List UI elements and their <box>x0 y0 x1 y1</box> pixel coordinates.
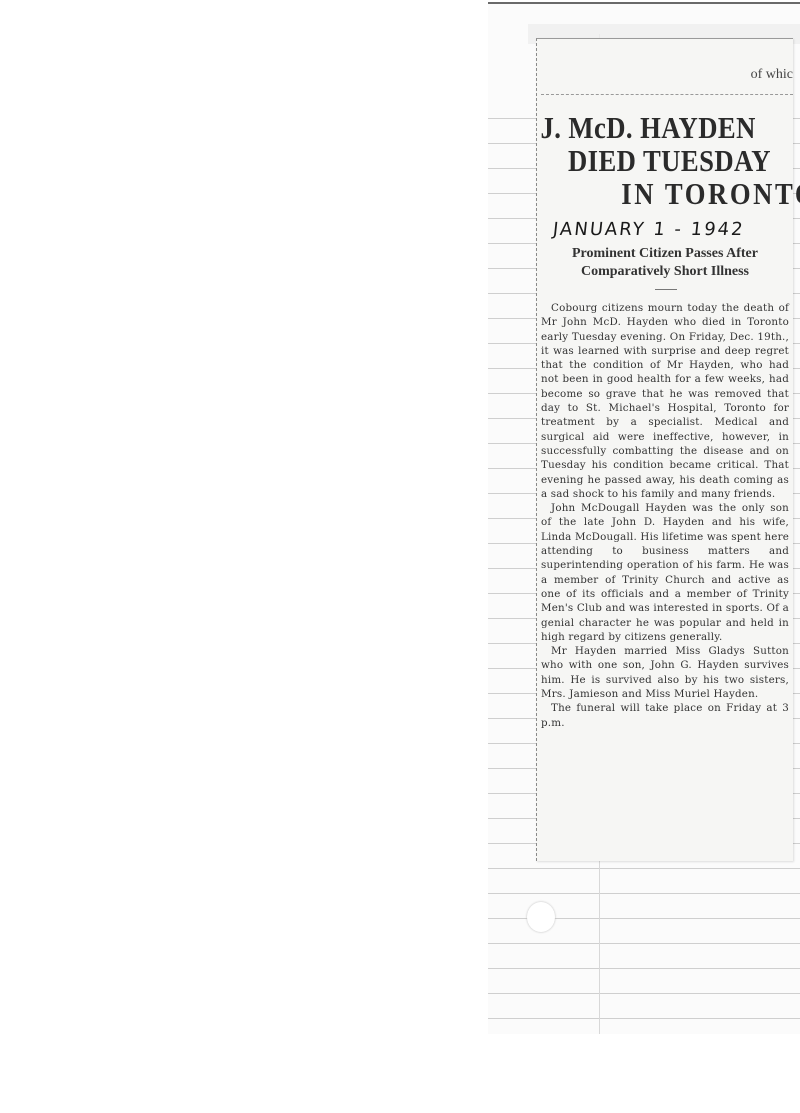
paragraph: Mr Hayden married Miss Gladys Sutton who… <box>541 644 789 701</box>
headline: J. McD. HAYDEN DIED TUESDAY IN TORONTO <box>537 111 757 210</box>
subheadline: Prominent Citizen Passes After Comparati… <box>537 245 793 281</box>
previous-article-fragment: of whic <box>751 67 793 83</box>
divider-rule <box>541 94 793 95</box>
handwritten-date: JANUARY 1 - 1942 <box>552 219 746 240</box>
article-body: Cobourg citizens mourn today the death o… <box>541 301 789 730</box>
paragraph: The funeral will take place on Friday at… <box>541 701 789 730</box>
headline-line: DIED TUESDAY <box>537 144 757 177</box>
paragraph: Cobourg citizens mourn today the death o… <box>541 301 789 501</box>
headline-line: J. McD. HAYDEN <box>537 111 757 144</box>
subheadline-line: Comparatively Short Illness <box>537 263 793 281</box>
divider-dash <box>655 289 677 290</box>
subheadline-line: Prominent Citizen Passes After <box>537 245 793 263</box>
newspaper-clipping: of whic J. McD. HAYDEN DIED TUESDAY IN T… <box>536 38 793 861</box>
punch-hole <box>527 902 555 932</box>
paragraph: John McDougall Hayden was the only son o… <box>541 501 789 644</box>
headline-line: IN TORONTO <box>537 177 757 210</box>
